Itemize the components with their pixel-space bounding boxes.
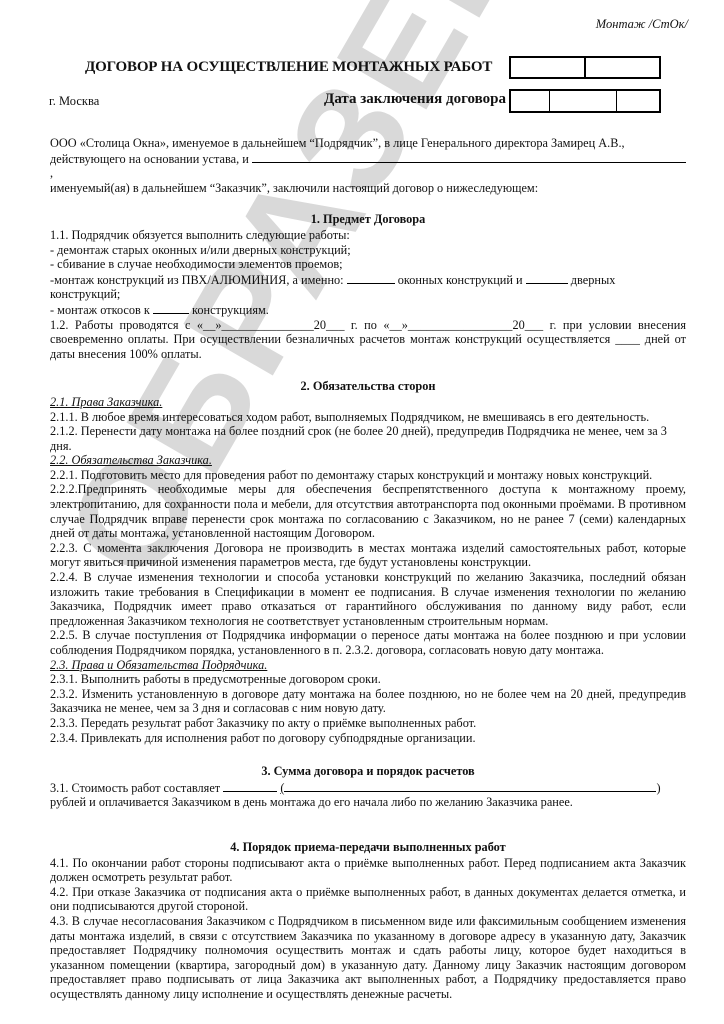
date-day-field[interactable] <box>511 91 550 111</box>
date-label: Дата заключения договора <box>324 91 506 108</box>
date-month-field[interactable] <box>550 91 617 111</box>
preamble-line-3: именуемый(ая) в дальнейшем “Заказчик”, з… <box>50 181 686 196</box>
subsection-2-3: 2.3. Права и Обязательства Подрядчика. <box>50 658 686 673</box>
date-year-field[interactable] <box>617 91 659 111</box>
clause-2-2-1: 2.2.1. Подготовить место для проведения … <box>50 468 686 483</box>
clause-1-1-item-1: - демонтаж старых оконных и/или дверных … <box>50 243 686 258</box>
clause-4-3: 4.3. В случае несогласования Заказчиком … <box>50 914 686 1002</box>
clause-2-1-2: 2.1.2. Перенести дату монтажа на более п… <box>50 424 686 453</box>
clause-2-3-4: 2.3.4. Привлекать для исполнения работ п… <box>50 731 686 746</box>
contract-number-field-2[interactable] <box>586 58 659 77</box>
clause-1-1-item-4: - монтаж откосов к конструкциям. <box>50 302 686 318</box>
item-text: оконных конструкций и <box>398 273 523 287</box>
clause-2-2-4: 2.2.4. В случае изменения технологии и с… <box>50 570 686 628</box>
clause-2-3-2: 2.3.2. Изменить установленную в договоре… <box>50 687 686 716</box>
contract-number-boxes <box>509 56 661 79</box>
document-code: Монтаж /СтОк/ <box>596 17 688 32</box>
customer-name-blank[interactable] <box>252 151 686 163</box>
slopes-count-blank[interactable] <box>153 302 189 314</box>
clause-1-1-item-3: -монтаж конструкций из ПВХ/АЛЮМИНИЯ, а и… <box>50 272 686 302</box>
clause-text: 3.1. Стоимость работ составляет <box>50 781 220 795</box>
clause-1-2: 1.2. Работы проводятся с «__»___________… <box>50 318 686 362</box>
clause-4-2: 4.2. При отказе Заказчика от подписания … <box>50 885 686 914</box>
clause-2-3-1: 2.3.1. Выполнить работы в предусмотренны… <box>50 672 686 687</box>
section-3-heading: 3. Сумма договора и порядок расчетов <box>50 764 686 779</box>
door-count-blank[interactable] <box>526 272 568 284</box>
city: г. Москва <box>49 94 99 109</box>
subsection-2-1: 2.1. Права Заказчика. <box>50 395 686 410</box>
contract-date-boxes <box>509 89 661 113</box>
item-text: конструкциям. <box>192 303 269 317</box>
contract-body: ООО «Столица Окна», именуемое в дальнейш… <box>50 136 686 1001</box>
clause-2-2-5: 2.2.5. В случае поступления от Подрядчик… <box>50 628 686 657</box>
item-text: - монтаж откосов к <box>50 303 150 317</box>
section-1-heading: 1. Предмет Договора <box>50 212 686 227</box>
clause-3-1: 3.1. Стоимость работ составляет () <box>50 780 686 796</box>
comma: , <box>50 166 53 180</box>
contract-number-field-1[interactable] <box>511 58 586 77</box>
section-4-heading: 4. Порядок приема-передачи выполненных р… <box>50 840 686 855</box>
clause-4-1: 4.1. По окончании работ стороны подписыв… <box>50 856 686 885</box>
window-count-blank[interactable] <box>347 272 395 284</box>
preamble-line-2: действующего на основании устава, и , <box>50 151 686 181</box>
price-words-close: ) <box>656 781 660 795</box>
subsection-2-2: 2.2. Обязательства Заказчика. <box>50 453 686 468</box>
clause-2-2-2: 2.2.2.Предпринять необходимые меры для о… <box>50 482 686 540</box>
section-2-heading: 2. Обязательства сторон <box>50 379 686 394</box>
item-text: -монтаж конструкций из ПВХ/АЛЮМИНИЯ, а и… <box>50 273 344 287</box>
price-words-blank[interactable] <box>284 780 656 792</box>
document-title: ДОГОВОР НА ОСУЩЕСТВЛЕНИЕ МОНТАЖНЫХ РАБОТ <box>85 59 492 76</box>
document-page: ОБРАЗЕЦ Монтаж /СтОк/ ДОГОВОР НА ОСУЩЕСТ… <box>0 0 724 1024</box>
clause-1-1-item-2: - сбивание в случае необходимости элемен… <box>50 257 686 272</box>
price-digits-blank[interactable] <box>223 780 277 792</box>
preamble-text: действующего на основании устава, и <box>50 152 249 166</box>
clause-2-2-3: 2.2.3. С момента заключения Договора не … <box>50 541 686 570</box>
preamble-line-1: ООО «Столица Окна», именуемое в дальнейш… <box>50 136 686 151</box>
clause-3-1-cont: рублей и оплачивается Заказчиком в день … <box>50 795 686 810</box>
clause-2-1-1: 2.1.1. В любое время интересоваться ходо… <box>50 410 686 425</box>
clause-1-1: 1.1. Подрядчик обязуется выполнить следу… <box>50 228 686 243</box>
clause-2-3-3: 2.3.3. Передать результат работ Заказчик… <box>50 716 686 731</box>
